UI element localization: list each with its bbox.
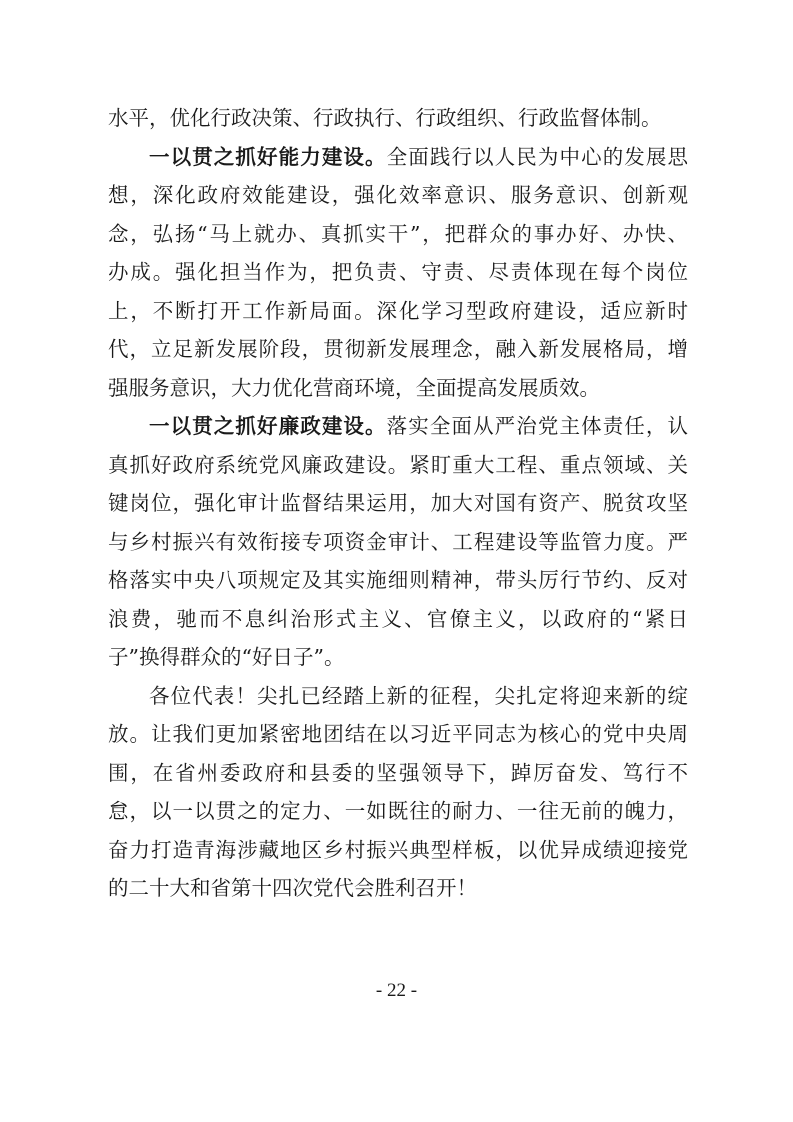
line-text: 怠，以一以贯之的定力、一如既往的耐力、一往无前的魄力， xyxy=(108,799,688,823)
text-line: 浪费，驰而不息纠治形式主义、官僚主义，以政府的“紧日 xyxy=(108,600,688,639)
section-heading: 一以贯之抓好廉政建设。 xyxy=(149,414,387,438)
text-line: 键岗位，强化审计监督结果运用，加大对国有资产、脱贫攻坚 xyxy=(108,484,688,523)
line-text: 办成。强化担当作为，把负责、守责、尽责体现在每个岗位 xyxy=(108,260,688,284)
text-line: 代，立足新发展阶段，贯彻新发展理念，融入新发展格局，增 xyxy=(108,330,688,369)
line-text: 子”换得群众的“好日子”。 xyxy=(108,645,344,669)
document-page: 水平，优化行政决策、行政执行、行政组织、行政监督体制。一以贯之抓好能力建设。全面… xyxy=(0,0,793,1122)
line-text: 浪费，驰而不息纠治形式主义、官僚主义，以政府的“紧日 xyxy=(108,607,688,631)
line-text: 全面践行以人民为中心的发展思 xyxy=(387,145,688,169)
line-text: 与乡村振兴有效衔接专项资金审计、工程建设等监管力度。严 xyxy=(108,530,688,554)
text-line: 水平，优化行政决策、行政执行、行政组织、行政监督体制。 xyxy=(108,99,688,138)
text-line: 上，不断打开工作新局面。深化学习型政府建设，适应新时 xyxy=(108,292,688,331)
text-line: 强服务意识，大力优化营商环境，全面提高发展质效。 xyxy=(108,369,688,408)
line-text: 落实全面从严治党主体责任，认 xyxy=(387,414,688,438)
text-line: 真抓好政府系统党风廉政建设。紧盯重大工程、重点领域、关 xyxy=(108,446,688,485)
line-text: 代，立足新发展阶段，贯彻新发展理念，融入新发展格局，增 xyxy=(108,337,688,361)
line-text: 格落实中央八项规定及其实施细则精神，带头厉行节约、反对 xyxy=(108,568,688,592)
line-text: 强服务意识，大力优化营商环境，全面提高发展质效。 xyxy=(108,376,600,400)
section-heading: 一以贯之抓好能力建设。 xyxy=(149,145,387,169)
text-line: 怠，以一以贯之的定力、一如既往的耐力、一往无前的魄力， xyxy=(108,792,688,831)
text-line: 念，弘扬“马上就办、真抓实干”，把群众的事办好、办快、 xyxy=(108,215,688,254)
text-line: 格落实中央八项规定及其实施细则精神，带头厉行节约、反对 xyxy=(108,561,688,600)
line-text: 放。让我们更加紧密地团结在以习近平同志为核心的党中央周 xyxy=(108,722,688,746)
line-text: 围，在省州委政府和县委的坚强领导下，踔厉奋发、笃行不 xyxy=(108,761,688,785)
page-number: - 22 - xyxy=(0,980,793,1002)
text-line: 办成。强化担当作为，把负责、守责、尽责体现在每个岗位 xyxy=(108,253,688,292)
text-line: 奋力打造青海涉藏地区乡村振兴典型样板，以优异成绩迎接党 xyxy=(108,831,688,870)
line-text: 念，弘扬“马上就办、真抓实干”，把群众的事办好、办快、 xyxy=(108,222,688,246)
text-line: 子”换得群众的“好日子”。 xyxy=(108,638,688,677)
text-line: 围，在省州委政府和县委的坚强领导下，踔厉奋发、笃行不 xyxy=(108,754,688,793)
text-line: 想，深化政府效能建设，强化效率意识、服务意识、创新观 xyxy=(108,176,688,215)
line-text: 水平，优化行政决策、行政执行、行政组织、行政监督体制。 xyxy=(108,106,662,130)
text-line: 一以贯之抓好廉政建设。落实全面从严治党主体责任，认 xyxy=(108,407,688,446)
body-text: 水平，优化行政决策、行政执行、行政组织、行政监督体制。一以贯之抓好能力建设。全面… xyxy=(108,99,688,908)
line-text: 各位代表！尖扎已经踏上新的征程，尖扎定将迎来新的绽 xyxy=(149,684,688,708)
line-text: 键岗位，强化审计监督结果运用，加大对国有资产、脱贫攻坚 xyxy=(108,491,688,515)
text-line: 放。让我们更加紧密地团结在以习近平同志为核心的党中央周 xyxy=(108,715,688,754)
line-text: 真抓好政府系统党风廉政建设。紧盯重大工程、重点领域、关 xyxy=(108,453,688,477)
text-line: 的二十大和省第十四次党代会胜利召开！ xyxy=(108,869,688,908)
line-text: 上，不断打开工作新局面。深化学习型政府建设，适应新时 xyxy=(108,299,688,323)
line-text: 想，深化政府效能建设，强化效率意识、服务意识、创新观 xyxy=(108,183,688,207)
text-line: 一以贯之抓好能力建设。全面践行以人民为中心的发展思 xyxy=(108,138,688,177)
line-text: 奋力打造青海涉藏地区乡村振兴典型样板，以优异成绩迎接党 xyxy=(108,838,688,862)
line-text: 的二十大和省第十四次党代会胜利召开！ xyxy=(108,876,477,900)
text-line: 各位代表！尖扎已经踏上新的征程，尖扎定将迎来新的绽 xyxy=(108,677,688,716)
text-line: 与乡村振兴有效衔接专项资金审计、工程建设等监管力度。严 xyxy=(108,523,688,562)
